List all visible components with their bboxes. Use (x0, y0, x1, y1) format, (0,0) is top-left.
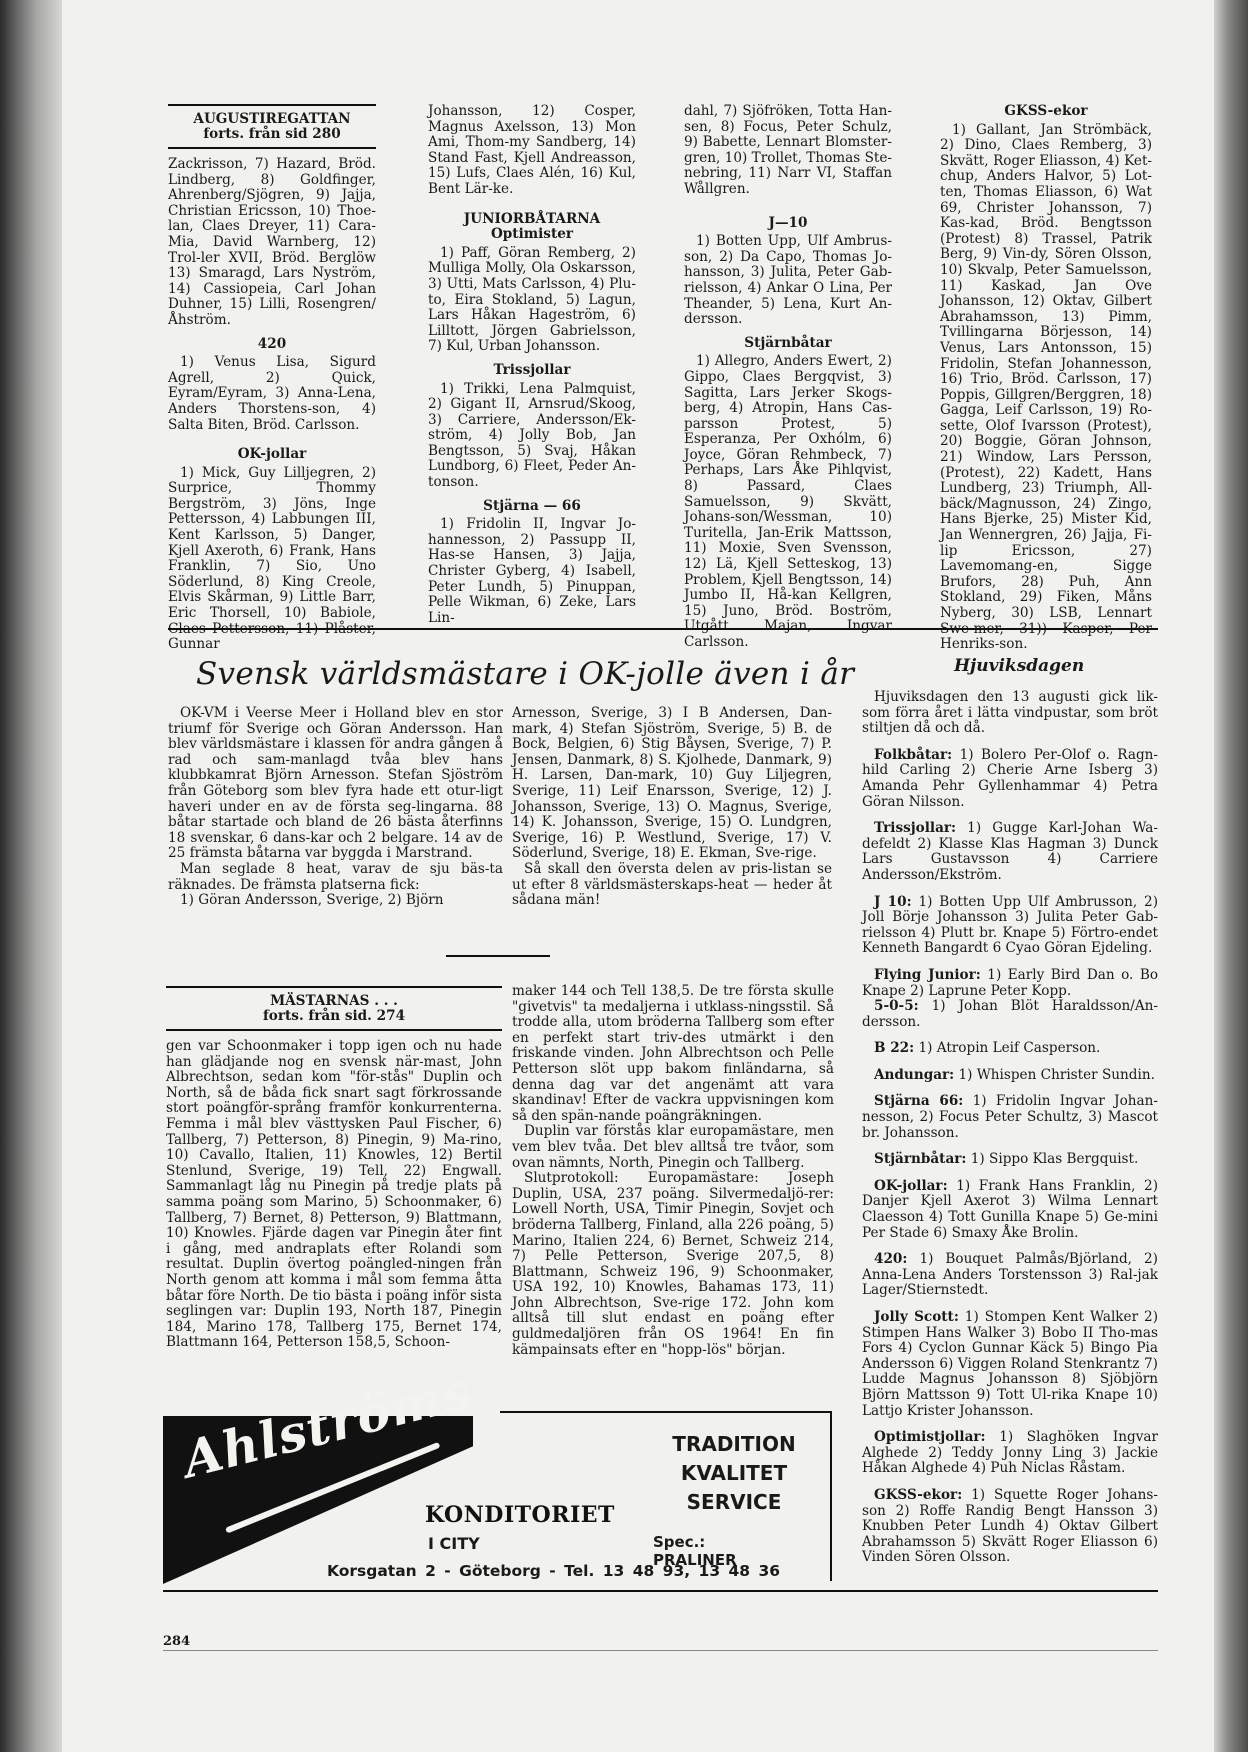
okvm-paragraph-3: 1) Göran Andersson, Sverige, 2) Björn (168, 893, 503, 909)
hjuv-entry: Andungar: 1) Whispen Christer Sundin. (862, 1068, 1158, 1084)
okjollar-heading: OK-jollar (168, 447, 376, 463)
hjuv-entry: GKSS-ekor: 1) Squette Roger Johans-son 2… (862, 1488, 1158, 1566)
hjuv-entry-label: 420: (874, 1251, 907, 1267)
augustiregattan-header: AUGUSTIREGATTAN forts. från sid 280 (168, 104, 376, 149)
hjuv-entry: Stjärna 66: 1) Fridolin Ingvar Johan-nes… (862, 1094, 1158, 1141)
hjuviksdagen-column: Hjuviksdagen den 13 augusti gick lik-som… (862, 690, 1158, 1577)
advert-address: Korsgatan 2 - Göteborg - Tel. 13 48 93, … (327, 1562, 780, 1580)
okjollar-continuation: Johansson, 12) Cosper, Magnus Axelsson, … (428, 104, 636, 198)
okvm-paragraph-4: Arnesson, Sverige, 3) I B Andersen, Dan-… (512, 706, 832, 862)
section-divider (168, 628, 1158, 630)
augustiregattan-title: AUGUSTIREGATTAN (168, 112, 376, 127)
mastarnas-paragraph-3: Duplin var förstås klar europamästare, m… (512, 1124, 834, 1171)
hjuv-entry-text: 1) Stompen Kent Walker 2) Stimpen Hans W… (862, 1309, 1158, 1419)
advert-slogan-line: KVALITET (669, 1459, 799, 1488)
hjuv-entry: Stjärnbåtar: 1) Sippo Klas Bergquist. (862, 1152, 1158, 1168)
class-420-heading: 420 (168, 337, 376, 353)
mastarnas-column-1: MÄSTARNAS . . . forts. från sid. 274 gen… (166, 986, 502, 1351)
augustiregattan-column-4: GKSS-ekor 1) Gallant, Jan Strömbäck, 2) … (940, 104, 1152, 653)
optimister-heading: Optimister (428, 227, 636, 243)
hjuv-entry: Folkbåtar: 1) Bolero Per-Olof o. Ragn-hi… (862, 748, 1158, 810)
hjuv-entry-label: GKSS-ekor: (874, 1487, 962, 1503)
hjuv-entry-label: Stjärnbåtar: (874, 1151, 966, 1167)
mastarnas-paragraph-1: gen var Schoonmaker i topp igen och nu h… (166, 1039, 502, 1351)
optimister-results: 1) Paff, Göran Remberg, 2) Mulliga Molly… (428, 246, 636, 355)
class-420-results: 1) Venus Lisa, Sigurd Agrell, 2) Quick, … (168, 355, 376, 433)
stjarna66-continuation: dahl, 7) Sjöfröken, Totta Han-sen, 8) Fo… (684, 104, 892, 198)
okvm-paragraph-2: Man seglade 8 heat, varav de sju bäs-ta … (168, 862, 503, 893)
j10-heading: J—10 (684, 216, 892, 232)
hjuviksdagen-intro: Hjuviksdagen den 13 augusti gick lik-som… (862, 690, 1158, 737)
hjuv-entry-label: Andungar: (874, 1067, 954, 1083)
hjuv-entry: Optimistjollar: 1) Slaghöken Ingvar Algh… (862, 1430, 1158, 1477)
advert-slogan-line: TRADITION (669, 1430, 799, 1459)
gkss-results: 1) Gallant, Jan Strömbäck, 2) Dino, Clae… (940, 123, 1152, 653)
mastarnas-paragraph-2: maker 144 och Tell 138,5. De tre första … (512, 984, 834, 1124)
okvm-headline: Svensk världsmästare i OK-jolle även i å… (196, 656, 856, 692)
okvm-column-2: Arnesson, Sverige, 3) I B Andersen, Dan-… (512, 706, 832, 909)
hjuv-entry: OK-jollar: 1) Frank Hans Franklin, 2) Da… (862, 1179, 1158, 1241)
hjuv-entry-label: Trissjollar: (874, 820, 956, 836)
hjuv-entry: J 10: 1) Botten Upp Ulf Ambrusson, 2) Jo… (862, 895, 1158, 957)
advert-name: KONDITORIET (425, 1502, 615, 1528)
hjuv-entry-label: Stjärna 66: (874, 1093, 963, 1109)
trissjollar-results: 1) Trikki, Lena Palmquist, 2) Gigant II,… (428, 382, 636, 491)
okvm-paragraph-5: Så skall den översta delen av pris-lista… (512, 862, 832, 909)
hjuv-entry: 5-0-5: 1) Johan Blöt Haraldsson/An-derss… (862, 999, 1158, 1030)
mastarnas-subtitle: forts. från sid. 274 (166, 1009, 502, 1024)
okjollar-results: 1) Mick, Guy Lilljegren, 2) Surprice, Th… (168, 466, 376, 653)
hjuv-entry: B 22: 1) Atropin Leif Casperson. (862, 1041, 1158, 1057)
advert-bottom-rule (163, 1590, 1158, 1592)
hjuv-entry-label: Jolly Scott: (874, 1309, 959, 1325)
hjuv-entry-label: Folkbåtar: (874, 747, 952, 763)
article-end-rule (446, 955, 550, 957)
page-edge-shadow (1214, 0, 1248, 1752)
hjuv-entry: 420: 1) Bouquet Palmås/Björland, 2) Anna… (862, 1252, 1158, 1299)
hjuv-entry-text: 1) Atropin Leif Casperson. (914, 1040, 1100, 1056)
book-binding-shadow (0, 0, 62, 1752)
mastarnas-column-2: maker 144 och Tell 138,5. De tre första … (512, 984, 834, 1358)
augustiregattan-column-3: dahl, 7) Sjöfröken, Totta Han-sen, 8) Fo… (684, 104, 892, 651)
gkss-heading: GKSS-ekor (940, 104, 1152, 120)
mastarnas-paragraph-4: Slutprotokoll: Europamästare: Joseph Dup… (512, 1171, 834, 1358)
hjuv-entry: Trissjollar: 1) Gugge Karl-Johan Wa-defe… (862, 821, 1158, 883)
okvm-paragraph-1: OK-VM i Veerse Meer i Holland blev en st… (168, 706, 503, 862)
footer-rule (163, 1650, 1158, 1651)
hjuv-entry-label: OK-jollar: (874, 1178, 948, 1194)
hjuv-entry-label: 5-0-5: (874, 998, 919, 1014)
advert-slogan: TRADITION KVALITET SERVICE (669, 1430, 799, 1517)
advert-slogan-line: SERVICE (669, 1488, 799, 1517)
j10-results: 1) Botten Upp, Ulf Ambrus-son, 2) Da Cap… (684, 234, 892, 328)
mastarnas-header: MÄSTARNAS . . . forts. från sid. 274 (166, 986, 502, 1031)
hjuv-entry-label: J 10: (874, 894, 912, 910)
page-number: 284 (163, 1634, 190, 1649)
mastarnas-title: MÄSTARNAS . . . (166, 994, 502, 1009)
hjuv-entry-label: Flying Junior: (874, 967, 981, 983)
hjuv-entry: Flying Junior: 1) Early Bird Dan o. Bo K… (862, 968, 1158, 999)
augustiregattan-subtitle: forts. från sid 280 (168, 127, 376, 142)
augustiregattan-intro: Zackrisson, 7) Hazard, Bröd. Lindberg, 8… (168, 157, 376, 329)
advert-location: I CITY (428, 1534, 480, 1553)
hjuv-entry: Jolly Scott: 1) Stompen Kent Walker 2) S… (862, 1310, 1158, 1419)
stjarnbatar-results: 1) Allegro, Anders Ewert, 2) Gippo, Clae… (684, 354, 892, 650)
okvm-column-1: OK-VM i Veerse Meer i Holland blev en st… (168, 706, 503, 909)
advert-ahlstroms: Ahlströms KONDITORIET I CITY TRADITION K… (163, 1416, 791, 1586)
stjarna66-heading: Stjärna — 66 (428, 499, 636, 515)
hjuv-entry-label: B 22: (874, 1040, 914, 1056)
hjuv-entry-text: 1) Sippo Klas Bergquist. (966, 1151, 1138, 1167)
advert-top-rule (500, 1411, 832, 1413)
augustiregattan-column-1: AUGUSTIREGATTAN forts. från sid 280 Zack… (168, 104, 376, 653)
hjuv-entry-text: 1) Whispen Christer Sundin. (954, 1067, 1155, 1083)
advert-side-rule (830, 1411, 832, 1581)
hjuv-entry-label: Optimistjollar: (874, 1429, 986, 1445)
junior-heading: JUNIORBÅTARNA (428, 212, 636, 228)
hjuv-entry-text: 1) Bouquet Palmås/Björland, 2) Anna-Lena… (862, 1251, 1158, 1298)
stjarna66-results: 1) Fridolin II, Ingvar Jo-hannesson, 2) … (428, 517, 636, 626)
augustiregattan-column-2: Johansson, 12) Cosper, Magnus Axelsson, … (428, 104, 636, 626)
stjarnbatar-heading: Stjärnbåtar (684, 336, 892, 352)
trissjollar-heading: Trissjollar (428, 363, 636, 379)
hjuviksdagen-title: Hjuviksdagen (954, 656, 1084, 676)
